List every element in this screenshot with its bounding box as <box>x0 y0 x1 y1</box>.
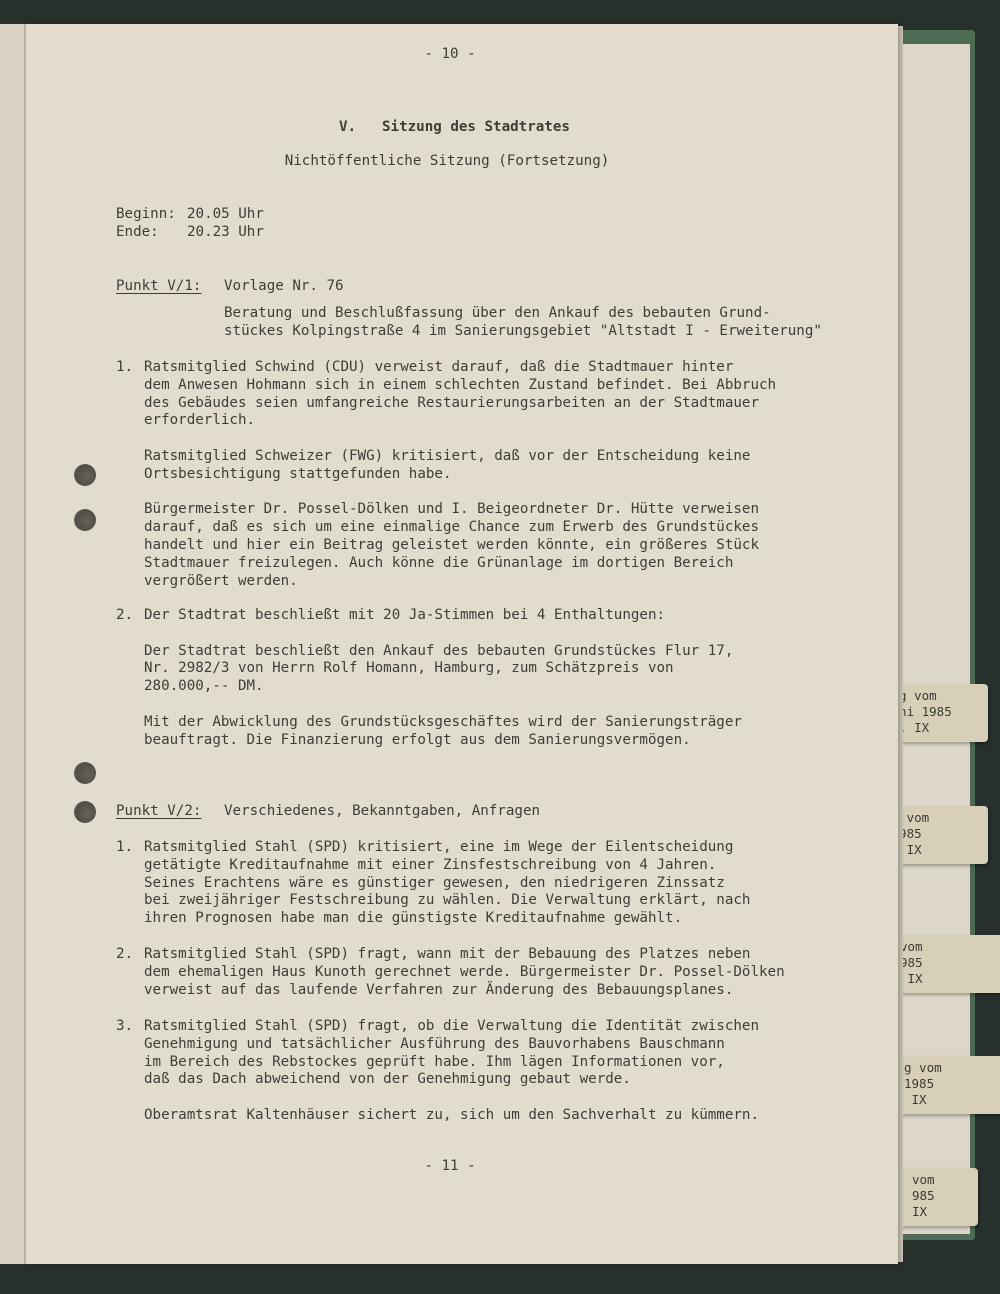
page-number-bottom: - 11 - <box>0 1158 900 1176</box>
punch-hole <box>74 801 96 823</box>
end-label: Ende: <box>116 224 159 242</box>
agenda-item-label: Punkt V/1: <box>116 278 201 296</box>
item-text-line: beauftragt. Die Finanzierung erfolgt aus… <box>144 732 691 750</box>
previous-page-edge <box>0 24 26 1264</box>
item-text-line: dem Anwesen Hohmann sich in einem schlec… <box>144 377 776 395</box>
item-number: 1. <box>116 839 133 857</box>
item-text-line: bei zweijähriger Festschreibung zu wähle… <box>144 892 750 910</box>
punch-hole <box>74 509 96 531</box>
section-title: Sitzung des Stadtrates <box>382 119 570 137</box>
item-number: 1. <box>116 359 133 377</box>
item-text-line: Ratsmitglied Schweizer (FWG) kritisiert,… <box>144 448 750 466</box>
agenda-item-label: Punkt V/2: <box>116 803 201 821</box>
item-text-line: Oberamtsrat Kaltenhäuser sichert zu, sic… <box>144 1107 759 1125</box>
page-number-top: - 10 - <box>0 46 900 64</box>
section-subtitle: Nichtöffentliche Sitzung (Fortsetzung) <box>0 153 897 171</box>
item-text-line: Bürgermeister Dr. Possel-Dölken und I. B… <box>144 501 759 519</box>
item-text-line: daß das Dach abweichend von der Genehmig… <box>144 1071 631 1089</box>
punch-hole <box>74 762 96 784</box>
begin-time: 20.05 Uhr <box>187 206 264 224</box>
agenda-item-description: Beratung und Beschlußfassung über den An… <box>224 305 771 323</box>
end-time: 20.23 Uhr <box>187 224 264 242</box>
item-text-line: Mit der Abwicklung des Grundstücksgeschä… <box>144 714 742 732</box>
agenda-item-title: Vorlage Nr. 76 <box>224 278 344 296</box>
item-text-line: im Bereich des Rebstockes geprüft habe. … <box>144 1054 725 1072</box>
item-text-line: darauf, daß es sich um eine einmalige Ch… <box>144 519 759 537</box>
begin-label: Beginn: <box>116 206 176 224</box>
section-numeral: V. <box>339 119 356 137</box>
agenda-item-description: stückes Kolpingstraße 4 im Sanierungsgeb… <box>224 323 822 341</box>
item-text-line: Der Stadtrat beschließt den Ankauf des b… <box>144 643 733 661</box>
item-text-line: Nr. 2982/3 von Herrn Rolf Homann, Hambur… <box>144 660 674 678</box>
item-text-line: Genehmigung und tatsächlicher Ausführung… <box>144 1036 725 1054</box>
item-text-line: des Gebäudes seien umfangreiche Restauri… <box>144 395 759 413</box>
index-tab[interactable]: vom 985 IX <box>890 935 1000 993</box>
item-text-line: vergrößert werden. <box>144 573 298 591</box>
index-tab[interactable]: vom 985 IX <box>898 1168 978 1226</box>
item-text-line: Ratsmitglied Stahl (SPD) kritisiert, ein… <box>144 839 733 857</box>
agenda-item-title: Verschiedenes, Bekanntgaben, Anfragen <box>224 803 540 821</box>
item-text-line: Stadtmauer freizulegen. Auch könne die G… <box>144 555 733 573</box>
item-text-line: erforderlich. <box>144 412 255 430</box>
item-number: 2. <box>116 946 133 964</box>
item-text-line: verweist auf das laufende Verfahren zur … <box>144 982 733 1000</box>
item-text-line: Ratsmitglied Schwind (CDU) verweist dara… <box>144 359 733 377</box>
index-tab[interactable]: g vom 1985 IX <box>890 1056 1000 1114</box>
item-text-line: 280.000,-- DM. <box>144 678 264 696</box>
item-text-line: Ratsmitglied Stahl (SPD) fragt, wann mit… <box>144 946 750 964</box>
item-text-line: getätigte Kreditaufnahme mit einer Zinsf… <box>144 857 716 875</box>
item-text-line: dem ehemaligen Haus Kunoth gerechnet wer… <box>144 964 785 982</box>
item-text-line: Ortsbesichtigung stattgefunden habe. <box>144 466 452 484</box>
item-text-line: Seines Erachtens wäre es günstiger gewes… <box>144 875 725 893</box>
item-text-line: Der Stadtrat beschließt mit 20 Ja-Stimme… <box>144 607 665 625</box>
item-number: 2. <box>116 607 133 625</box>
item-text-line: ihren Prognosen habe man die günstigste … <box>144 910 682 928</box>
item-text-line: Ratsmitglied Stahl (SPD) fragt, ob die V… <box>144 1018 759 1036</box>
item-number: 3. <box>116 1018 133 1036</box>
punch-hole <box>74 464 96 486</box>
item-text-line: handelt und hier ein Beitrag geleistet w… <box>144 537 759 555</box>
